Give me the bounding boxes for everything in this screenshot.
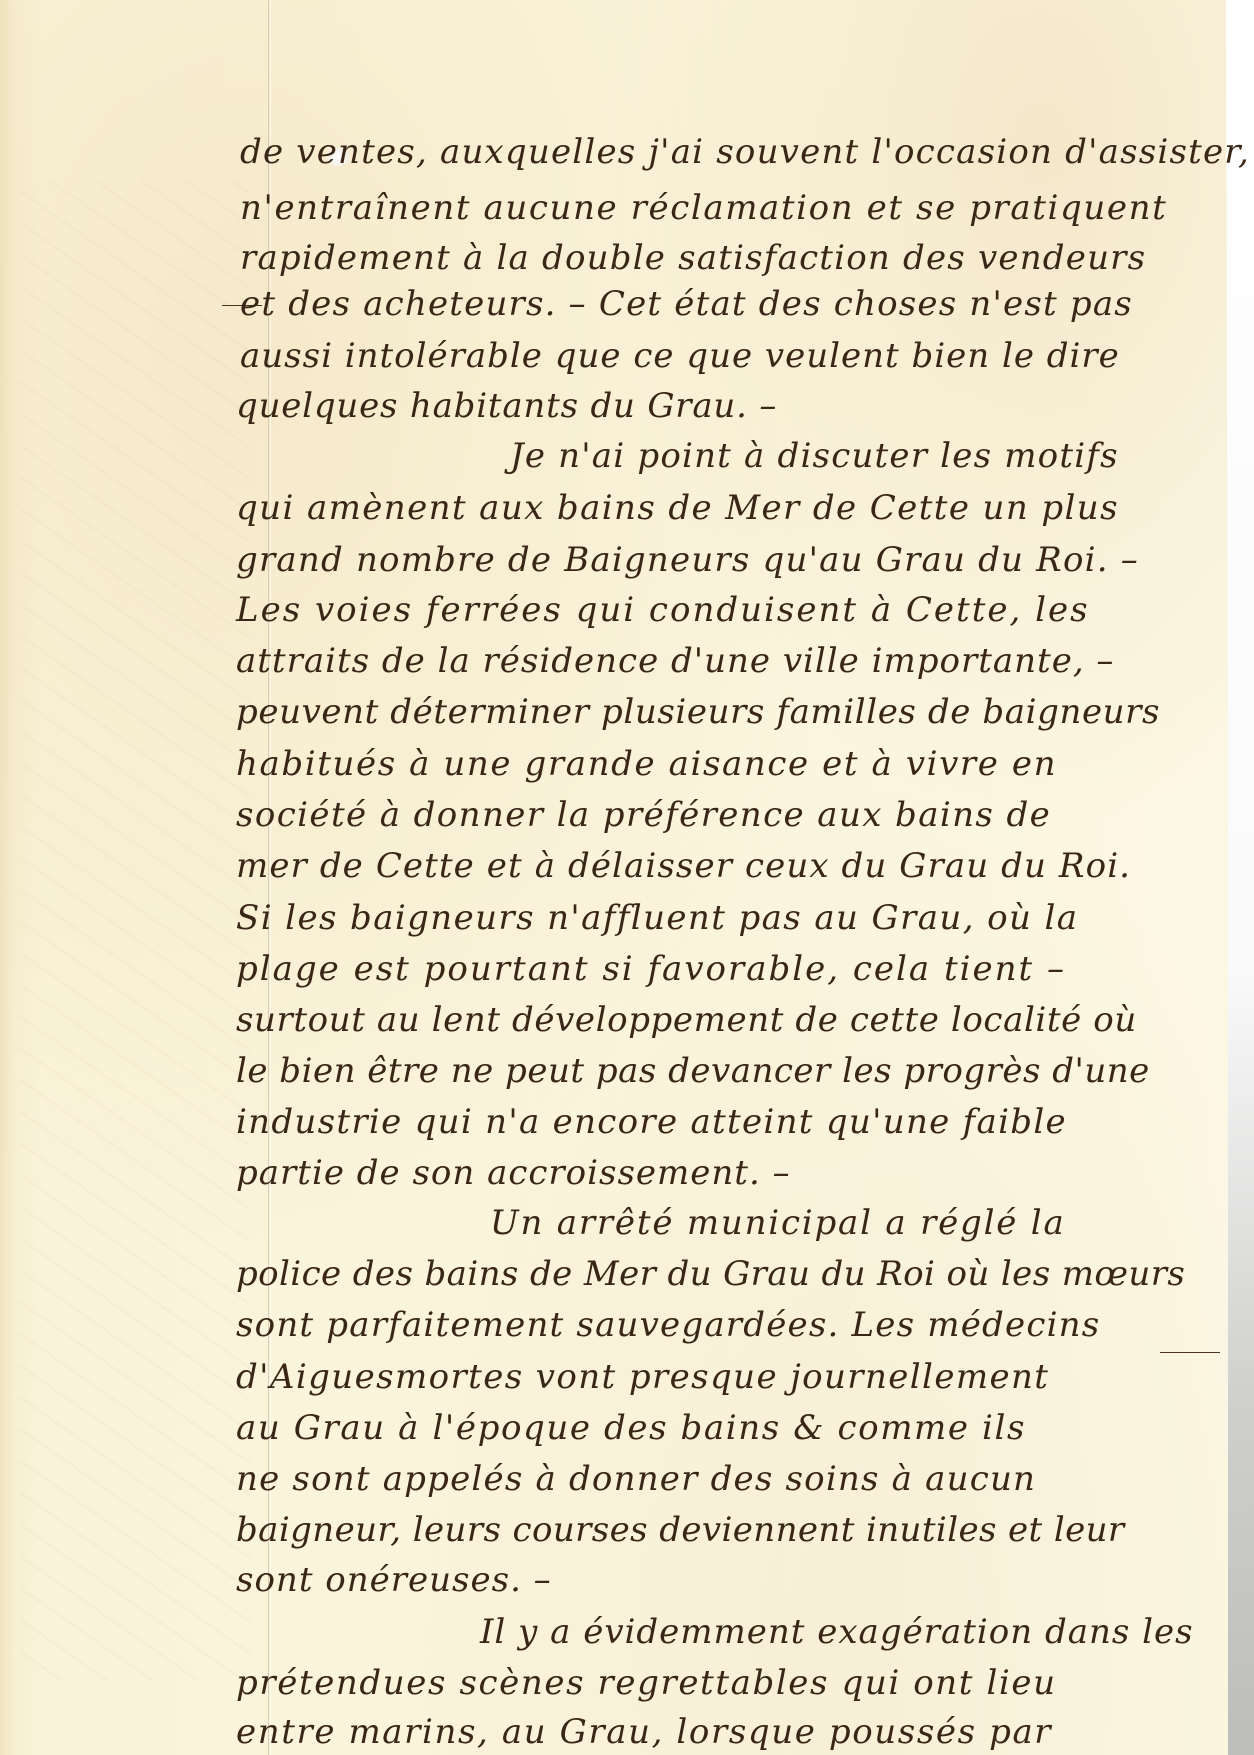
text-line: Les voies ferrées qui conduisent à Cette… [236,590,1090,630]
text-line: entre marins, au Grau, lorsque poussés p… [236,1712,1052,1752]
text-line: habitués à une grande aisance et à vivre… [236,744,1057,784]
text-line: sont onéreuses. – [236,1560,552,1600]
text-line: partie de son accroissement. – [236,1153,791,1193]
text-line: surtout au lent développement de cette l… [236,1000,1137,1040]
text-line: le bien être ne peut pas devancer les pr… [236,1051,1150,1091]
paragraph-start-line: Je n'ai point à discuter les motifs [510,436,1119,476]
text-line: plage est pourtant si favorable, cela ti… [236,949,1066,989]
text-line: n'entraînent aucune réclamation et se pr… [240,188,1167,228]
text-line: prétendues scènes regrettables qui ont l… [236,1663,1057,1703]
handwritten-text-body: de ventes, auxquelles j'ai souvent l'occ… [0,0,1254,1755]
text-line: qui amènent aux bains de Mer de Cette un… [236,488,1119,528]
text-line: police des bains de Mer du Grau du Roi o… [236,1254,1185,1294]
paragraph-start-line: Un arrêté municipal a réglé la [490,1203,1066,1243]
text-line: industrie qui n'a encore atteint qu'une … [236,1102,1067,1142]
text-line: quelques habitants du Grau. – [236,386,777,426]
text-line: Si les baigneurs n'affluent pas au Grau,… [236,898,1078,938]
text-line: d'Aiguesmortes vont presque journellemen… [236,1357,1049,1397]
text-line: et des acheteurs. – Cet état des choses … [240,284,1133,324]
text-line: sont parfaitement sauvegardées. Les méde… [236,1305,1100,1345]
text-line: peuvent déterminer plusieurs familles de… [236,692,1160,732]
text-line: de ventes, auxquelles j'ai souvent l'occ… [240,132,1250,172]
text-line: rapidement à la double satisfaction des … [240,238,1146,278]
text-line: société à donner la préférence aux bains… [236,795,1051,835]
text-line: baigneur, leurs courses deviennent inuti… [236,1510,1125,1550]
text-line: grand nombre de Baigneurs qu'au Grau du … [236,540,1139,580]
text-line: au Grau à l'époque des bains & comme ils [236,1408,1026,1448]
text-line: ne sont appelés à donner des soins à auc… [236,1459,1036,1499]
margin-dash [1160,1352,1220,1353]
text-line: mer de Cette et à délaisser ceux du Grau… [236,846,1131,886]
paragraph-start-line: Il y a évidemment exagération dans les [480,1612,1194,1652]
text-line: attraits de la résidence d'une ville imp… [236,641,1114,681]
text-line: aussi intolérable que ce que veulent bie… [240,336,1120,376]
